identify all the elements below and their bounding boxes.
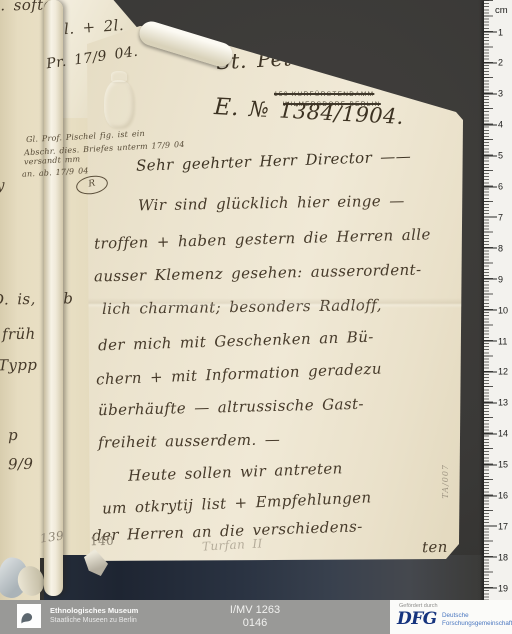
ruler-cm-mark: 3 [484,83,503,102]
ruler-cm-mark: 7 [484,207,503,226]
left-page-fragment: y [0,176,5,194]
ruler-cm-mark: 8 [484,238,503,257]
wave-icon [18,606,39,627]
body-line: chern + mit Information geradezu [96,360,382,389]
cm-ruler: cm 12345678910111213141516171819 [484,0,512,602]
body-line: Heute sollen wir antreten [128,459,343,484]
museum-name: Ethnologisches Museum [50,606,138,616]
body-line: überhäufte — altrussische Gast- [98,395,364,419]
letter-page: 45 St. Petersburg 150 KURFÜRSTENDAMM WIL… [86,0,464,562]
body-line: lich charmant; besonders Radloff, [102,296,382,318]
footer-museum-section: Ethnologisches Museum Staatliche Museen … [0,600,390,634]
funder-name: Deutsche Forschungsgemeinschaft [442,612,512,628]
ruler-cm-mark: 16 [484,485,508,504]
pencil-annotation: Turfan II [202,536,263,553]
ruler-cm-mark: 13 [484,392,508,411]
ruler-cm-mark: 2 [484,52,503,71]
funder-name-line2: Forschungsgemeinschaft [442,620,512,628]
salutation: Sehr geehrter Herr Director —— [136,147,412,175]
body-line: der mich mit Geschenken an Bü- [98,328,374,355]
ruler-cm-mark: 14 [484,423,508,442]
museum-subtitle: Staatliche Museen zu Berlin [50,616,138,625]
ruler-cm-mark: 10 [484,300,508,319]
letter-number-value: № 1384/1904. [248,97,404,129]
footer-bar: Ethnologisches Museum Staatliche Museen … [0,600,512,634]
left-page-fragment: 9/9 [8,455,34,473]
museum-logo [17,604,41,628]
body-line: um otkrytij list + Empfehlungen [102,488,372,517]
folio-number: 140 [90,534,114,548]
embossed-crest [104,80,134,128]
image-number: 0146 [230,617,280,630]
ruler-cm-mark: 1 [484,22,503,41]
left-page-fragment: p [8,426,18,444]
letterhead-address-line1: 150 KURFÜRSTENDAMM [274,91,374,98]
dfg-logo: DFG [397,609,437,629]
body-line: ten [422,538,448,556]
ruler-unit-label: cm [495,5,508,16]
left-page-fragment: früh [2,325,36,344]
shelfmark: I/MV 1263 [230,604,280,617]
body-line: Wir sind glücklich hier einge — [138,192,405,215]
left-page-fragment: Typp [0,356,37,375]
ruler-cm-mark: 19 [484,578,508,597]
ruler-cm-mark: 4 [484,114,503,133]
body-line: ausser Klemenz gesehen: ausserordent- [94,261,422,286]
ruler-cm-mark: 9 [484,269,503,288]
rolled-page-edge [44,0,63,596]
ruler-cm-mark: 6 [484,176,503,195]
ruler-cm-mark: 17 [484,516,508,535]
letter-place: St. Petersburg [215,42,379,74]
scanned-document-page: z. softe. y D. is, hab früh Typp p 9/9 4… [0,0,512,634]
body-line: troffen + haben gestern die Herren alle [94,225,431,252]
ruler-cm-mark: 15 [484,454,508,473]
funder-name-line1: Deutsche [442,612,512,620]
ruler-cm-mark: 12 [484,361,508,380]
ruler-cm-mark: 5 [484,145,503,164]
footer-funder-section: Gefördert durch DFG Deutsche Forschungsg… [390,600,512,634]
ruler-cm-mark: 18 [484,547,508,566]
body-line: freiheit ausserdem. — [98,430,281,451]
book-cover [44,555,512,602]
ruler-cm-mark: 11 [484,331,507,350]
letter-number-prefix: E. [213,94,239,121]
letter-number: E.№ 1384/1904. [213,94,404,130]
